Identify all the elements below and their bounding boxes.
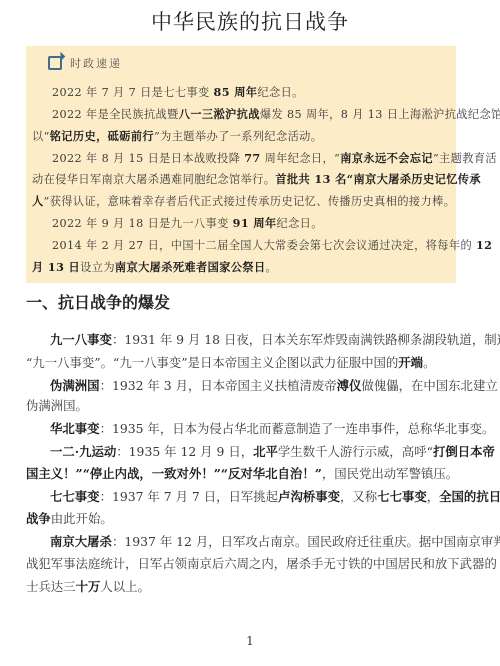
body-line: 战争由此开始。 xyxy=(26,511,476,527)
body-line: 九一八事变：1931 年 9 月 18 日夜，日本关东军炸毁南满铁路柳条湖段轨道… xyxy=(50,332,500,348)
body-line: 伪满洲国。 xyxy=(26,398,476,414)
page-number: 1 xyxy=(0,634,500,648)
news-line: 2014 年 2 月 27 日，中国十二届全国人大常委会第七次会议通过决定，将每… xyxy=(52,238,472,253)
news-line: 以“铭记历史，砥砺前行”为主题举办了一系列纪念活动。 xyxy=(32,129,452,144)
section-heading: 一、抗日战争的爆发 xyxy=(26,290,170,313)
body-line: 一二·九运动：1935 年 12 月 9 日，北平学生数千人游行示威，高呼“打倒… xyxy=(50,444,500,460)
external-link-icon xyxy=(48,56,62,70)
body-line: 华北事变：1935 年，日本为侵占华北而蓄意制造了一连串事件，总称华北事变。 xyxy=(50,421,500,437)
body-line: 伪满洲国：1932 年 3 月，日本帝国主义扶植清废帝溥仪做傀儡，在中国东北建立 xyxy=(50,378,500,394)
news-callout-box: 时政速递 2022 年 7 月 7 日是七七事变 85 周年纪念日。 2022 … xyxy=(26,46,456,283)
news-header-label: 时政速递 xyxy=(70,55,122,71)
news-line: 2022 年 7 月 7 日是七七事变 85 周年纪念日。 xyxy=(52,85,472,100)
body-line: 士兵达三十万人以上。 xyxy=(26,579,476,595)
news-line: 2022 年 8 月 15 日是日本战败投降 77 周年纪念日，“南京永远不会忘… xyxy=(52,151,472,166)
news-line: 月 13 日设立为南京大屠杀死难者国家公祭日。 xyxy=(32,260,452,275)
news-header: 时政速递 xyxy=(48,54,122,72)
body-line: 七七事变：1937 年 7 月 7 日，日军挑起卢沟桥事变，又称七七事变，全国的… xyxy=(50,489,500,505)
news-line: 动在侵华日军南京大屠杀遇难同胞纪念馆举行。首批共 13 名“南京大屠杀历史记忆传… xyxy=(32,172,452,187)
body-line: 战犯军事法庭统计，日军占领南京后六周之内，屠杀手无寸铁的中国居民和放下武器的 xyxy=(26,556,476,572)
news-line: 2022 年是全民族抗战暨八一三淞沪抗战爆发 85 周年，8 月 13 日上海淞… xyxy=(52,107,472,122)
body-line: 南京大屠杀：1937 年 12 月，日军攻占南京。国民政府迁往重庆。据中国南京审… xyxy=(50,534,500,550)
document-title: 中华民族的抗日战争 xyxy=(0,6,500,36)
body-line: “九一八事变”。“九一八事变”是日本帝国主义企图以武力征服中国的开端。 xyxy=(26,355,476,371)
news-line: 人”获得认证，意味着幸存者后代正式接过传承历史记忆、传播历史真相的接力棒。 xyxy=(32,194,452,209)
news-line: 2022 年 9 月 18 日是九一八事变 91 周年纪念日。 xyxy=(52,216,472,231)
body-line: 国主义！”“停止内战，一致对外！”“反对华北自治！”，国民党出动军警镇压。 xyxy=(26,466,476,482)
